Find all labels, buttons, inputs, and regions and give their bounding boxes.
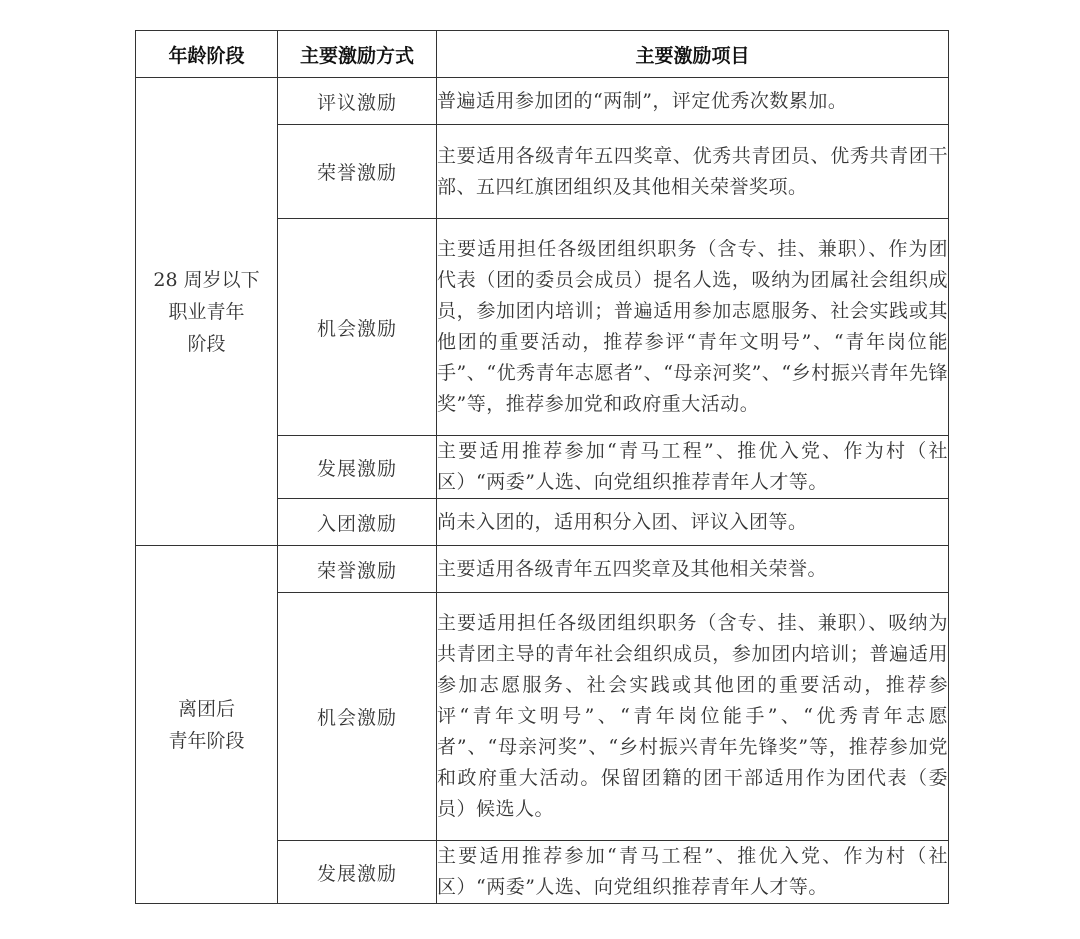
method-cell: 机会激励 [278,219,437,436]
incentive-table: 年龄阶段 主要激励方式 主要激励项目 28 周岁以下 职业青年 阶段 评议激励 … [135,30,949,904]
table-row: 离团后 青年阶段 荣誉激励 主要适用各级青年五四奖章及其他相关荣誉。 [136,546,949,593]
stage-cell-under-28: 28 周岁以下 职业青年 阶段 [136,78,278,546]
method-cell: 入团激励 [278,499,437,546]
method-cell: 荣誉激励 [278,125,437,219]
items-cell: 主要适用各级青年五四奖章及其他相关荣誉。 [437,546,949,593]
items-cell: 主要适用担任各级团组织职务（含专、挂、兼职）、吸纳为共青团主导的青年社会组织成员… [437,593,949,841]
items-cell: 主要适用担任各级团组织职务（含专、挂、兼职）、作为团代表（团的委员会成员）提名人… [437,219,949,436]
header-items: 主要激励项目 [437,31,949,78]
table-row: 28 周岁以下 职业青年 阶段 评议激励 普遍适用参加团的“两制”，评定优秀次数… [136,78,949,125]
header-method: 主要激励方式 [278,31,437,78]
stage-cell-post-league: 离团后 青年阶段 [136,546,278,904]
items-cell: 主要适用推荐参加“青马工程”、推优入党、作为村（社区）“两委”人选、向党组织推荐… [437,436,949,499]
method-cell: 荣誉激励 [278,546,437,593]
stage-line: 职业青年 [136,296,277,328]
stage-line: 28 周岁以下 [136,264,277,296]
method-cell: 评议激励 [278,78,437,125]
stage-line: 青年阶段 [136,725,277,757]
stage-line: 离团后 [136,693,277,725]
items-cell: 普遍适用参加团的“两制”，评定优秀次数累加。 [437,78,949,125]
items-cell: 主要适用推荐参加“青马工程”、推优入党、作为村（社区）“两委”人选、向党组织推荐… [437,841,949,904]
method-cell: 发展激励 [278,841,437,904]
stage-line: 阶段 [136,328,277,360]
method-cell: 机会激励 [278,593,437,841]
header-age-stage: 年龄阶段 [136,31,278,78]
header-row: 年龄阶段 主要激励方式 主要激励项目 [136,31,949,78]
items-cell: 尚未入团的，适用积分入团、评议入团等。 [437,499,949,546]
items-cell: 主要适用各级青年五四奖章、优秀共青团员、优秀共青团干部、五四红旗团组织及其他相关… [437,125,949,219]
method-cell: 发展激励 [278,436,437,499]
